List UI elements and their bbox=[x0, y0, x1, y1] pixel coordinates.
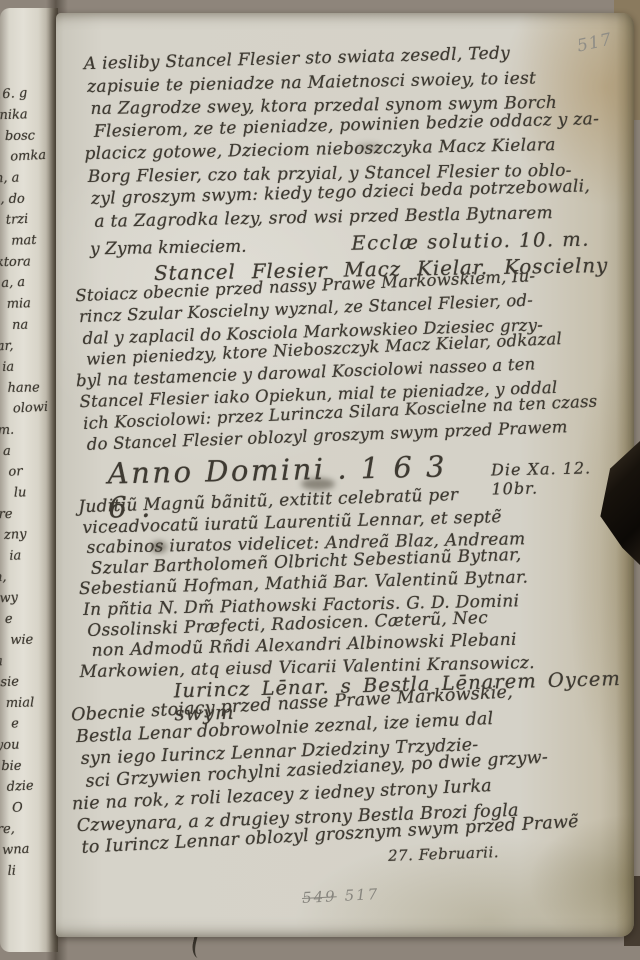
margin-fragment: re bbox=[0, 503, 49, 525]
margin-fragment: nika bbox=[0, 103, 50, 126]
margin-fragment: , do bbox=[0, 188, 50, 210]
margin-fragment: re, bbox=[0, 818, 47, 840]
margin-fragment: ktora bbox=[0, 251, 46, 273]
margin-fragment: sie bbox=[0, 670, 51, 693]
pencil-page-numbers: 549517 bbox=[302, 885, 380, 907]
margin-fragment: a, a bbox=[1, 271, 52, 295]
paragraph-lenar-deed: Obecnie stoiacy przed nasse Prawe Markow… bbox=[80, 704, 578, 859]
margin-fragment: m. bbox=[0, 418, 48, 441]
background-pen-mark bbox=[190, 935, 208, 959]
margin-fragment: n, bbox=[0, 566, 44, 588]
margin-fragment: bie bbox=[1, 755, 51, 777]
paragraph-entry-continuation: A iesliby Stancel Flesier sto swiata zes… bbox=[90, 53, 595, 233]
manuscript-photo: 16. gnikaboscomkan, a, dotrzimatktoraa, … bbox=[0, 0, 640, 960]
pencil-number-struck: 549 bbox=[302, 887, 338, 907]
margin-fragment: 16. g bbox=[0, 82, 45, 106]
closing-phrase: y Zyma kmieciem. bbox=[90, 237, 247, 260]
margin-fragment: a bbox=[0, 649, 45, 673]
paragraph-court-session-latin: Juditiũ Magnũ bãnitũ, extitit celebratũ … bbox=[86, 497, 541, 682]
margin-fragment: n, a bbox=[0, 167, 45, 190]
latin-payment-note: Ecclæ solutio. 10. m. bbox=[351, 228, 590, 255]
manuscript-page: 517 A iesliby Stancel Flesier sto swiata… bbox=[56, 13, 634, 937]
pencil-number-current: 517 bbox=[344, 885, 380, 905]
margin-fragment: ar, bbox=[0, 334, 47, 358]
margin-fragment: wy bbox=[0, 586, 50, 610]
margin-fragment: ia bbox=[2, 355, 53, 378]
paragraph-church-payment: Stoiacz obecnie przed nassy Prawe Markow… bbox=[82, 285, 597, 455]
margin-fragment: you bbox=[0, 734, 46, 757]
deed-date: 27. Februarii. bbox=[388, 843, 500, 865]
